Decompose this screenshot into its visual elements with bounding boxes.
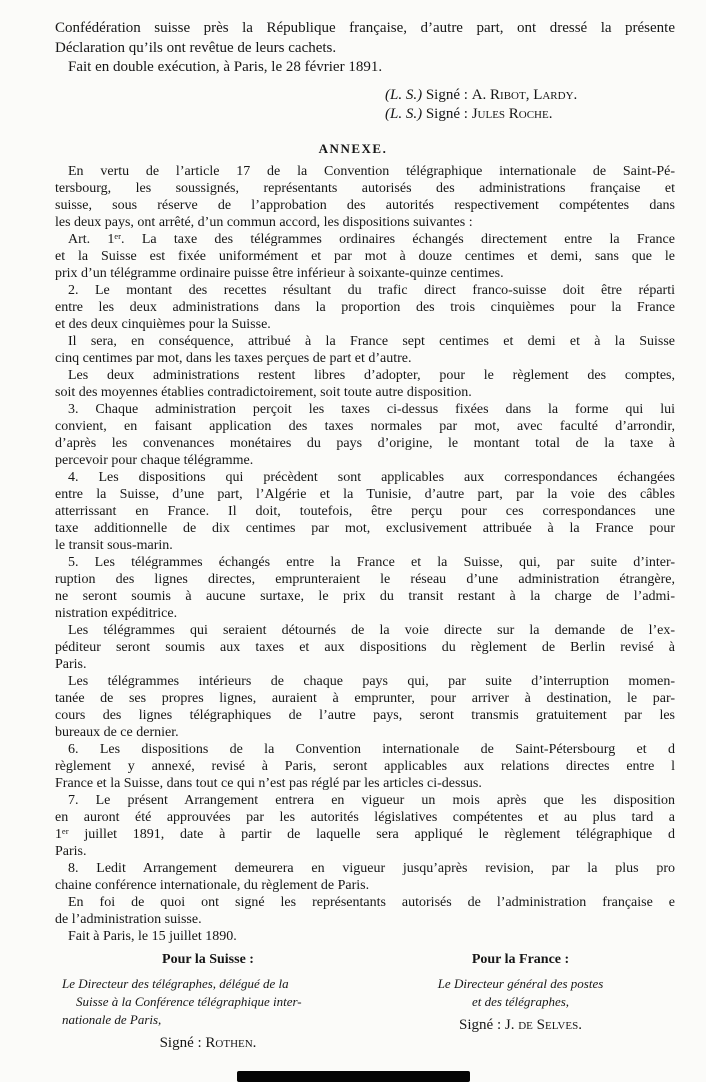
paragraph: Les télégrammes intérieurs de chaque pay… [55, 673, 675, 741]
signe-label: Signé : [426, 106, 468, 122]
text-line: France et la Suisse, dans tout ce qui n’… [55, 775, 675, 792]
paragraph: En vertu de l’article 17 de la Conventio… [55, 163, 675, 231]
text-line: Suisse à la Conférence télégraphique int… [62, 993, 354, 1011]
text-line: convient, en faisant application des tax… [55, 418, 675, 435]
text-line: cours des lignes télégraphiques de l’aut… [55, 707, 675, 724]
signature-block-france: Pour la France : Le Directeur général de… [398, 952, 643, 1034]
text-line: les deux pays, ont arrêté, d’un commun a… [55, 214, 675, 231]
signatory-name: Jules Roche. [472, 106, 553, 122]
text-line: percevoir pour chaque télégramme. [55, 452, 675, 469]
text-line: le transit sous-marin. [55, 537, 675, 554]
text-line: Confédération suisse près la République … [55, 19, 675, 39]
seal-line: (L. S.) Signé : A. Ribot, Lardy. [385, 86, 577, 105]
text-line: Déclaration qu’ils ont revêtue de leurs … [55, 39, 675, 59]
text-line: Art. 1ᵉʳ. La taxe des télégrammes ordina… [55, 231, 675, 248]
paragraph: 2. Le montant des recettes résultant du … [55, 282, 675, 333]
paragraph: 7. Le présent Arrangement entrera en vig… [55, 792, 675, 860]
text-line: 6. Les dispositions de la Convention int… [55, 741, 675, 758]
text-line: 2. Le montant des recettes résultant du … [55, 282, 675, 299]
paragraph: 4. Les dispositions qui précèdent sont a… [55, 469, 675, 554]
text-line: En vertu de l’article 17 de la Conventio… [55, 163, 675, 180]
text-line: tanée de ses propres lignes, auraient à … [55, 690, 675, 707]
signature-line: Signé : Rothen. [62, 1035, 354, 1052]
signature-line: Signé : J. de Selves. [398, 1017, 643, 1034]
paragraph: Fait à Paris, le 15 juillet 1890. [55, 928, 675, 945]
text-line: de l’administration suisse. [55, 911, 675, 928]
seal-line: (L. S.) Signé : Jules Roche. [385, 105, 577, 124]
text-line: péditeur seront soumis aux taxes et aux … [55, 639, 675, 656]
text-line: cinq centimes par mot, dans les taxes pe… [55, 350, 675, 367]
paragraph: Fait en double exécution, à Paris, le 28… [55, 58, 675, 78]
text-line: suisse, sous réserve de l’approbation de… [55, 197, 675, 214]
text-line: bureaux de ce dernier. [55, 724, 675, 741]
signatory-role: Le Directeur des télégraphes, délégué de… [62, 975, 354, 1029]
scan-artifact-bar [237, 1071, 470, 1082]
text-line: 1ᵉʳ juillet 1891, date à partir de laque… [55, 826, 675, 843]
text-line: d’après les convenances monétaires du pa… [55, 435, 675, 452]
paragraph: Les deux administrations restent libres … [55, 367, 675, 401]
signature-heading: Pour la Suisse : [62, 952, 354, 968]
signatory-role: Le Directeur général des posteset des té… [398, 975, 643, 1011]
paragraph: Les télégrammes qui seraient détournés d… [55, 622, 675, 673]
text-line: Les télégrammes intérieurs de chaque pay… [55, 673, 675, 690]
seal-signatures-block: (L. S.) Signé : A. Ribot, Lardy. (L. S.)… [385, 86, 577, 124]
text-line: 7. Le présent Arrangement entrera en vig… [55, 792, 675, 809]
locus-sigilli-mark: (L. S.) [385, 87, 422, 103]
text-line: nationale de Paris, [62, 1011, 354, 1029]
text-line: prix d’un télégramme ordinaire puisse êt… [55, 265, 675, 282]
text-line: entre les deux administrations dans la p… [55, 299, 675, 316]
intro-text-block: Confédération suisse près la République … [55, 19, 675, 78]
paragraph: 8. Ledit Arrangement demeurera en vigueu… [55, 860, 675, 894]
locus-sigilli-mark: (L. S.) [385, 106, 422, 122]
text-line: En foi de quoi ont signé les représentan… [55, 894, 675, 911]
paragraph: 6. Les dispositions de la Convention int… [55, 741, 675, 792]
paragraph: Art. 1ᵉʳ. La taxe des télégrammes ordina… [55, 231, 675, 282]
text-line: ruption des lignes directes, emprunterai… [55, 571, 675, 588]
text-line: Le Directeur général des postes [398, 975, 643, 993]
text-line: soit des moyennes établies contradictoir… [55, 384, 675, 401]
text-line: taxe additionnelle de dix centimes par m… [55, 520, 675, 537]
text-line: Fait en double exécution, à Paris, le 28… [55, 58, 675, 78]
paragraph: Il sera, en conséquence, attribué à la F… [55, 333, 675, 367]
text-line: Les deux administrations restent libres … [55, 367, 675, 384]
text-line: Le Directeur des télégraphes, délégué de… [62, 975, 354, 993]
text-line: entre la Suisse, d’une part, l’Algérie e… [55, 486, 675, 503]
signe-label: Signé : [160, 1035, 202, 1051]
paragraph: En foi de quoi ont signé les représentan… [55, 894, 675, 928]
document-body: En vertu de l’article 17 de la Conventio… [55, 163, 675, 945]
text-line: 3. Chaque administration perçoit les tax… [55, 401, 675, 418]
signatory-name: Rothen. [205, 1035, 256, 1051]
text-line: Il sera, en conséquence, attribué à la F… [55, 333, 675, 350]
text-line: et des deux cinquièmes pour la Suisse. [55, 316, 675, 333]
paragraph: 3. Chaque administration perçoit les tax… [55, 401, 675, 469]
text-line: tersbourg, les soussignés, représentants… [55, 180, 675, 197]
text-line: ne seront soumis à aucune surtaxe, le pr… [55, 588, 675, 605]
scanned-document-page: Confédération suisse près la République … [0, 0, 706, 1082]
text-line: 5. Les télégrammes échangés entre la Fra… [55, 554, 675, 571]
signe-label: Signé : [459, 1017, 501, 1033]
annexe-heading: ANNEXE. [0, 141, 706, 157]
text-line: et la Suisse est fixée uniformément et p… [55, 248, 675, 265]
paragraph: Confédération suisse près la République … [55, 19, 675, 58]
paragraph: 5. Les télégrammes échangés entre la Fra… [55, 554, 675, 622]
signatory-name: A. Ribot, Lardy. [472, 87, 578, 103]
text-line: Paris. [55, 656, 675, 673]
signatory-name: J. de Selves. [505, 1017, 582, 1033]
text-line: en auront été approuvées par les autorit… [55, 809, 675, 826]
signature-block-switzerland: Pour la Suisse : Le Directeur des télégr… [62, 952, 354, 1052]
signe-label: Signé : [426, 87, 468, 103]
text-line: chaine conférence internationale, du règ… [55, 877, 675, 894]
text-line: nistration expéditrice. [55, 605, 675, 622]
text-line: et des télégraphes, [398, 993, 643, 1011]
text-line: règlement y annexé, revisé à Paris, sero… [55, 758, 675, 775]
text-line: 8. Ledit Arrangement demeurera en vigueu… [55, 860, 675, 877]
text-line: Paris. [55, 843, 675, 860]
text-line: Les télégrammes qui seraient détournés d… [55, 622, 675, 639]
text-line: 4. Les dispositions qui précèdent sont a… [55, 469, 675, 486]
text-line: atterrissant en France. Il doit, toutefo… [55, 503, 675, 520]
text-line: Fait à Paris, le 15 juillet 1890. [55, 928, 675, 945]
signature-heading: Pour la France : [398, 952, 643, 968]
